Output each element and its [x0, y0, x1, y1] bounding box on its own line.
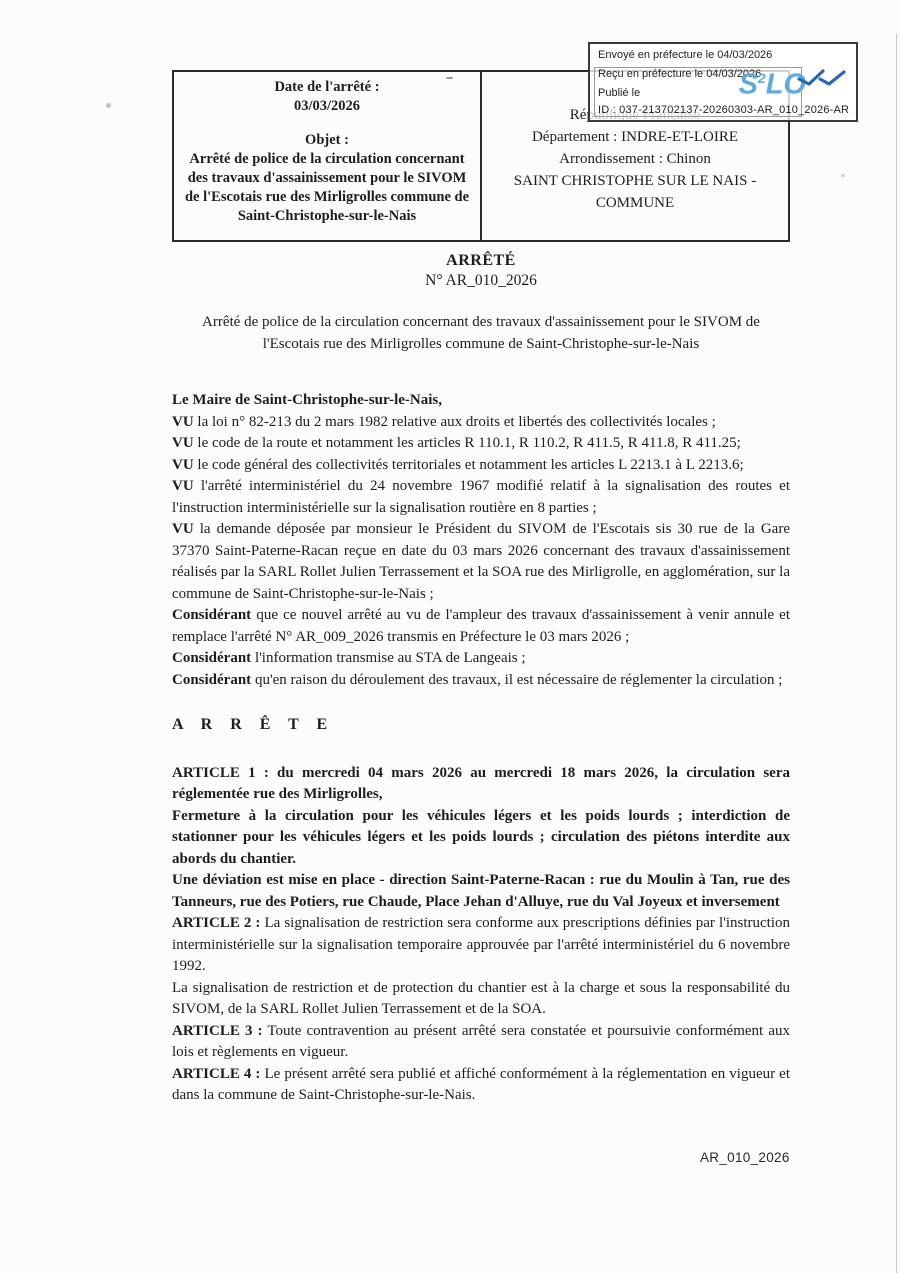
date-label: Date de l'arrêté : — [179, 78, 475, 97]
arrondissement-line: Arrondissement : Chinon — [488, 148, 782, 170]
clause: VU l'arrêté interministériel du 24 novem… — [172, 476, 790, 519]
document-body: ARRÊTÉ N° AR_010_2026 Arrêté de police d… — [172, 246, 790, 1107]
scan-speck — [106, 103, 111, 108]
article-4: ARTICLE 4 : Le présent arrêté sera publi… — [172, 1064, 790, 1107]
clause: VU la loi n° 82-213 du 2 mars 1982 relat… — [172, 412, 790, 434]
scan-edge-line — [896, 34, 897, 1273]
object-label: Objet : — [179, 131, 475, 150]
mayor-intro: Le Maire de Saint-Christophe-sur-le-Nais… — [172, 390, 790, 412]
stamp-sent-line: Envoyé en préfecture le 04/03/2026 — [598, 49, 772, 61]
article-2-responsibility: La signalisation de restriction et de pr… — [172, 978, 790, 1021]
article-3: ARTICLE 3 : Toute contravention au prése… — [172, 1021, 790, 1064]
preamble-block: Le Maire de Saint-Christophe-sur-le-Nais… — [172, 390, 790, 1107]
scan-speck — [841, 174, 845, 177]
clause: VU le code général des collectivités ter… — [172, 455, 790, 477]
clause: VU le code de la route et notamment les … — [172, 433, 790, 455]
arrete-heading: A R R Ê T E — [172, 714, 790, 736]
decree-title: ARRÊTÉ — [172, 252, 790, 270]
object-text: Arrêté de police de la circulation conce… — [179, 150, 475, 226]
decree-subtitle: Arrêté de police de la circulation conce… — [181, 312, 781, 355]
s2low-logo: S2LO — [739, 64, 852, 100]
clause: Considérant qu'en raison du déroulement … — [172, 670, 790, 692]
stamp-published-line: Publié le — [598, 87, 640, 99]
s2low-swoosh-icon — [796, 67, 852, 91]
article-2: ARTICLE 2 : La signalisation de restrict… — [172, 913, 790, 978]
commune-line: SAINT CHRISTOPHE SUR LE NAIS - COMMUNE — [488, 170, 782, 214]
article-1-deviation: Une déviation est mise en place - direct… — [172, 870, 790, 913]
date-value: 03/03/2026 — [179, 97, 475, 116]
clause: Considérant l'information transmise au S… — [172, 648, 790, 670]
clause: Considérant que ce nouvel arrêté au vu d… — [172, 605, 790, 648]
prefecture-stamp: Envoyé en préfecture le 04/03/2026 Reçu … — [588, 42, 858, 122]
decree-number: N° AR_010_2026 — [172, 272, 790, 290]
stamp-id-line: ID : 037-213702137-20260303-AR_010_2026-… — [598, 104, 849, 116]
stamp-received-line: Reçu en préfecture le 04/03/2026 — [598, 68, 761, 80]
scanned-decree-page: Date de l'arrêté : 03/03/2026 Objet : Ar… — [0, 0, 900, 1273]
clause: VU la demande déposée par monsieur le Pr… — [172, 519, 790, 605]
decree-info-box: Date de l'arrêté : 03/03/2026 Objet : Ar… — [172, 70, 482, 242]
article-1: ARTICLE 1 : du mercredi 04 mars 2026 au … — [172, 763, 790, 806]
footer-reference: AR_010_2026 — [700, 1150, 790, 1165]
article-1-closure: Fermeture à la circulation pour les véhi… — [172, 806, 790, 871]
department-line: Département : INDRE-ET-LOIRE — [488, 126, 782, 148]
